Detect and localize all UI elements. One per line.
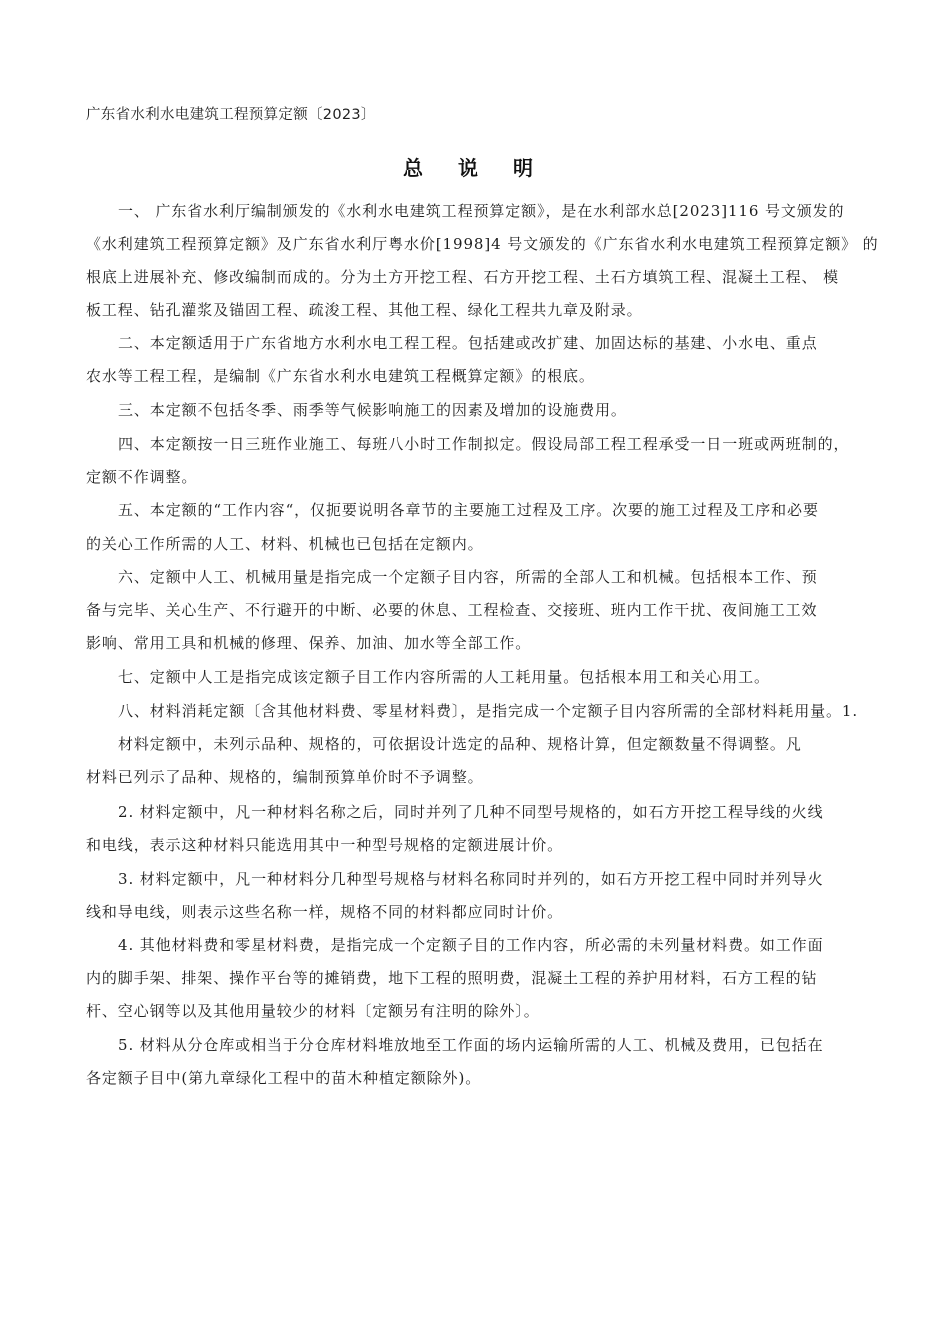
paragraph-line: 5. 材料从分仓库或相当于分仓库材料堆放地至工作面的场内运输所需的人工、机械及费… (118, 1034, 823, 1055)
paragraph-line: 一、 广东省水利厅编制颁发的《水利水电建筑工程预算定额》，是在水利部水总[202… (118, 200, 844, 221)
document-header: 广东省水利水电建筑工程预算定额〔2023〕 (86, 103, 376, 124)
page-title: 总 说 明 (0, 152, 950, 181)
document-page: 广东省水利水电建筑工程预算定额〔2023〕 总 说 明 一、 广东省水利厅编制颁… (0, 0, 950, 1344)
paragraph-line: 线和导电线，则表示这些名称一样，规格不同的材料都应同时计价。 (86, 901, 563, 922)
paragraph-line: 板工程、钻孔灌浆及锚固工程、疏浚工程、其他工程、绿化工程共九章及附录。 (86, 299, 643, 320)
paragraph-line: 七、定额中人工是指完成该定额子目工作内容所需的人工耗用量。包括根本用工和关心用工… (118, 666, 770, 687)
paragraph-line: 五、本定额的“工作内容“，仅扼要说明各章节的主要施工过程及工序。次要的施工过程及… (118, 499, 819, 520)
paragraph-line: 备与完毕、关心生产、不行避开的中断、必要的休息、工程检查、交接班、班内工作干扰、… (86, 599, 817, 620)
paragraph-line: 2. 材料定额中，凡一种材料名称之后，同时并列了几种不同型号规格的，如石方开挖工… (118, 801, 823, 822)
paragraph-line: 材料定额中，未列示品种、规格的，可依据设计选定的品种、规格计算，但定额数量不得调… (118, 733, 802, 754)
paragraph-line: 二、本定额适用于广东省地方水利水电工程工程。包括建或改扩建、加固达标的基建、小水… (118, 332, 818, 353)
paragraph-line: 杆、空心钢等以及其他用量较少的材料〔定额另有注明的除外〕。 (86, 1000, 540, 1021)
paragraph-line: 六、定额中人工、机械用量是指完成一个定额子目内容，所需的全部人工和机械。包括根本… (118, 566, 818, 587)
paragraph-line: 各定额子目中(第九章绿化工程中的苗木种植定额除外)。 (86, 1067, 481, 1088)
paragraph-line: 影响、常用工具和机械的修理、保养、加油、加水等全部工作。 (86, 632, 531, 653)
paragraph-line: 八、材料消耗定额〔含其他材料费、零星材料费〕，是指完成一个定额子目内容所需的全部… (118, 700, 858, 721)
paragraph-line: 四、本定额按一日三班作业施工、每班八小时工作制拟定。假设局部工程工程承受一日一班… (118, 433, 849, 454)
paragraph-line: 内的脚手架、排架、操作平台等的摊销费，地下工程的照明费，混凝土工程的养护用材料，… (86, 967, 817, 988)
paragraph-line: 农水等工程工程，是编制《广东省水利水电建筑工程概算定额》的根底。 (86, 365, 595, 386)
paragraph-line: 三、本定额不包括冬季、雨季等气候影响施工的因素及增加的设施费用。 (118, 399, 627, 420)
paragraph-line: 4. 其他材料费和零星材料费，是指完成一个定额子目的工作内容，所必需的未列量材料… (118, 934, 823, 955)
paragraph-line: 定额不作调整。 (86, 466, 197, 487)
paragraph-line: 《水利建筑工程预算定额》及广东省水利厅粤水价[1998]4 号文颁发的《广东省水… (86, 233, 879, 254)
paragraph-line: 材料已列示了品种、规格的，编制预算单价时不予调整。 (86, 766, 484, 787)
paragraph-line: 3. 材料定额中，凡一种材料分几种型号规格与材料名称同时并列的，如石方开挖工程中… (118, 868, 823, 889)
paragraph-line: 和电线，表示这种材料只能选用其中一种型号规格的定额进展计价。 (86, 834, 563, 855)
paragraph-line: 的关心工作所需的人工、材料、机械也已包括在定额内。 (86, 533, 484, 554)
paragraph-line: 根底上进展补充、修改编制而成的。分为土方开挖工程、石方开挖工程、土石方填筑工程、… (86, 266, 839, 287)
